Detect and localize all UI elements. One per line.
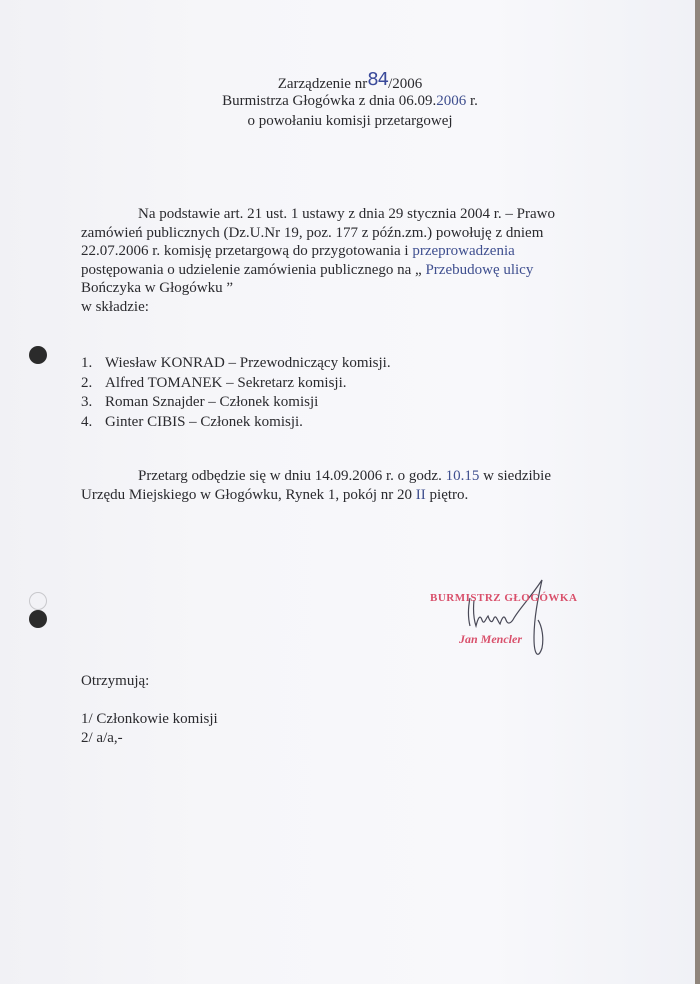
body-line: zamówień publicznych (Dz.U.Nr 19, poz. 1… [81, 224, 621, 243]
recipients-section: Otrzymują: 1/ Członkowie komisji 2/ a/a,… [81, 672, 218, 748]
stamp-title: BURMISTRZ GŁOGÓWKA [430, 592, 577, 604]
list-number: 3. [81, 393, 105, 413]
tender-text: w siedzibie [479, 468, 551, 484]
body-text: przeprowadzenia [412, 243, 514, 259]
committee-member: 2.Alfred TOMANEK – Sekretarz komisji. [81, 374, 391, 394]
tender-floor: II [416, 487, 426, 503]
title-prefix: Zarządzenie nr [278, 76, 368, 92]
body-text: zamówień publicznych (Dz.U.Nr 19, poz. 1… [81, 225, 432, 241]
tender-text: piętro. [426, 487, 469, 503]
punch-hole-ring [29, 592, 47, 610]
committee-member: 4.Ginter CIBIS – Członek komisji. [81, 413, 391, 433]
member-text: Alfred TOMANEK – Sekretarz komisji. [105, 375, 347, 391]
punch-hole [29, 346, 47, 364]
tender-text: Urzędu Miejskiego w Głogówku, Rynek 1, p… [81, 487, 416, 503]
recipient-item: 1/ Członkowie komisji [81, 710, 218, 729]
recipient-item: 2/ a/a,- [81, 729, 218, 748]
tender-line: Przetarg odbędzie się w dniu 14.09.2006 … [81, 467, 621, 486]
body-line: w składzie: [81, 298, 621, 317]
ordinance-subject: o powołaniu komisji przetargowej [0, 112, 700, 131]
member-text: Ginter CIBIS – Członek komisji. [105, 414, 303, 430]
spacer [81, 691, 218, 710]
body-text: postępowania o udzielenie zamówienia pub… [81, 262, 425, 278]
body-line: 22.07.2006 r. komisję przetargową do prz… [81, 242, 621, 261]
signature-icon [430, 568, 590, 668]
issuer-year: 2006 [436, 93, 466, 109]
stamp-name: Jan Mencler [459, 632, 522, 647]
recipients-heading: Otrzymują: [81, 672, 218, 691]
tender-text: Przetarg odbędzie się w dniu 14.09.2006 … [138, 468, 446, 484]
tender-line: Urzędu Miejskiego w Głogówku, Rynek 1, p… [81, 486, 621, 505]
committee-member: 1.Wiesław KONRAD – Przewodniczący komisj… [81, 354, 391, 374]
list-number: 2. [81, 374, 105, 394]
ordinance-issuer: Burmistrza Głogówka z dnia 06.09.2006 r. [0, 92, 700, 111]
issuer-text: Burmistrza Głogówka z dnia 06.09. [222, 93, 436, 109]
list-number: 1. [81, 354, 105, 374]
member-text: Roman Sznajder – Członek komisji [105, 394, 318, 410]
ordinance-title: Zarządzenie nr84/2006 [0, 73, 700, 94]
body-line: postępowania o udzielenie zamówienia pub… [81, 261, 621, 280]
member-text: Wiesław KONRAD – Przewodniczący komisji. [105, 355, 391, 371]
body-line: Bończyka w Głogówku ” [81, 279, 621, 298]
body-line: Na podstawie art. 21 ust. 1 ustawy z dni… [81, 205, 621, 224]
body-text: 22.07.2006 r. komisję przetargową do prz… [81, 243, 412, 259]
tender-paragraph: Przetarg odbędzie się w dniu 14.09.2006 … [81, 467, 621, 504]
title-suffix: /2006 [388, 76, 422, 92]
body-text: powołuję z dniem [432, 225, 543, 241]
tender-time: 10.15 [446, 468, 480, 484]
committee-member: 3.Roman Sznajder – Członek komisji [81, 393, 391, 413]
issuer-suffix: r. [466, 93, 478, 109]
body-paragraph: Na podstawie art. 21 ust. 1 ustawy z dni… [81, 205, 621, 316]
punch-hole [29, 610, 47, 628]
committee-list: 1.Wiesław KONRAD – Przewodniczący komisj… [81, 354, 391, 432]
list-number: 4. [81, 413, 105, 433]
body-text: Przebudowę ulicy [425, 262, 533, 278]
handwritten-number: 84 [367, 69, 388, 90]
page-edge [695, 0, 700, 984]
